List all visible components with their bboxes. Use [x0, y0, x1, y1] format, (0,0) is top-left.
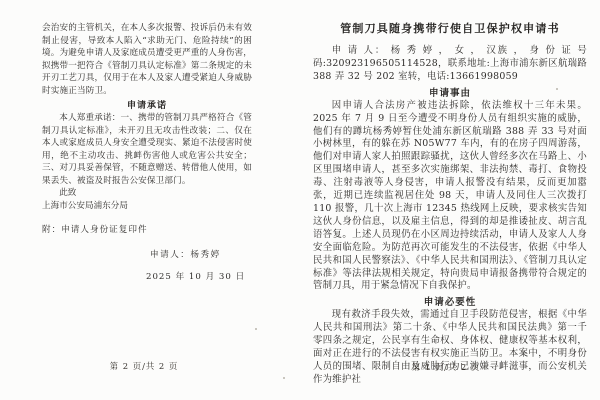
document-title: 管制刀具随身携带行使自卫保护权申请书 — [313, 20, 587, 36]
commitment-heading: 申请承诺 — [42, 98, 252, 111]
necessity-heading: 申请必要性 — [313, 294, 587, 308]
reason-paragraph: 因申请人合法房产被违法拆除，依法维权十三年未果。2025 年 7 月 9 日至今… — [313, 100, 587, 294]
necessity-paragraph: 现有救济手段失效，需通过自卫手段防范侵害，根据《中华人民共和国刑法》第二十条、《… — [313, 309, 587, 386]
attachment-note: 附：申请人身份证复印件 — [42, 224, 252, 237]
scan-speck — [210, 30, 212, 32]
scan-speck — [255, 328, 257, 330]
page-number-left: 第 2 页/共 2 页 — [0, 360, 294, 372]
scan-speck — [556, 88, 558, 90]
reason-heading: 申请事由 — [313, 85, 587, 99]
signature-date: 2025 年 10 月 30 日 — [146, 271, 252, 284]
document-page-1: 管制刀具随身携带行使自卫保护权申请书 申 请 人： 杨 秀 婷 ， 女 ， 汉族… — [300, 0, 600, 400]
document-page-2: 会治安的主管机关，在本人多次报警、投诉后仍未有效制止侵害，导致本人陷入“求助无门… — [0, 0, 300, 400]
commitment-paragraph: 本人郑重承诺：一、携带的管制刀具严格符合《管制刀具认定标准》，未开刃且无攻击性改… — [42, 112, 252, 187]
addressee: 上海市公安局浦东分局 — [42, 200, 252, 213]
applicant-signature: 申请人：杨秀婷 — [150, 249, 252, 262]
page-number-right: 第 1 页/共 2 页 — [296, 361, 596, 373]
scanned-document: 会治安的主管机关，在本人多次报警、投诉后仍未有效制止侵害，导致本人陷入“求助无门… — [0, 0, 600, 400]
applicant-info-paragraph: 申 请 人： 杨 秀 婷 ， 女 ， 汉族 ， 身 份 证 号码:3209231… — [313, 45, 587, 84]
scan-speck — [283, 377, 285, 379]
salutation: 此致 — [42, 187, 252, 200]
continuation-paragraph: 会治安的主管机关，在本人多次报警、投诉后仍未有效制止侵害，导致本人陷入“求助无门… — [42, 22, 252, 97]
